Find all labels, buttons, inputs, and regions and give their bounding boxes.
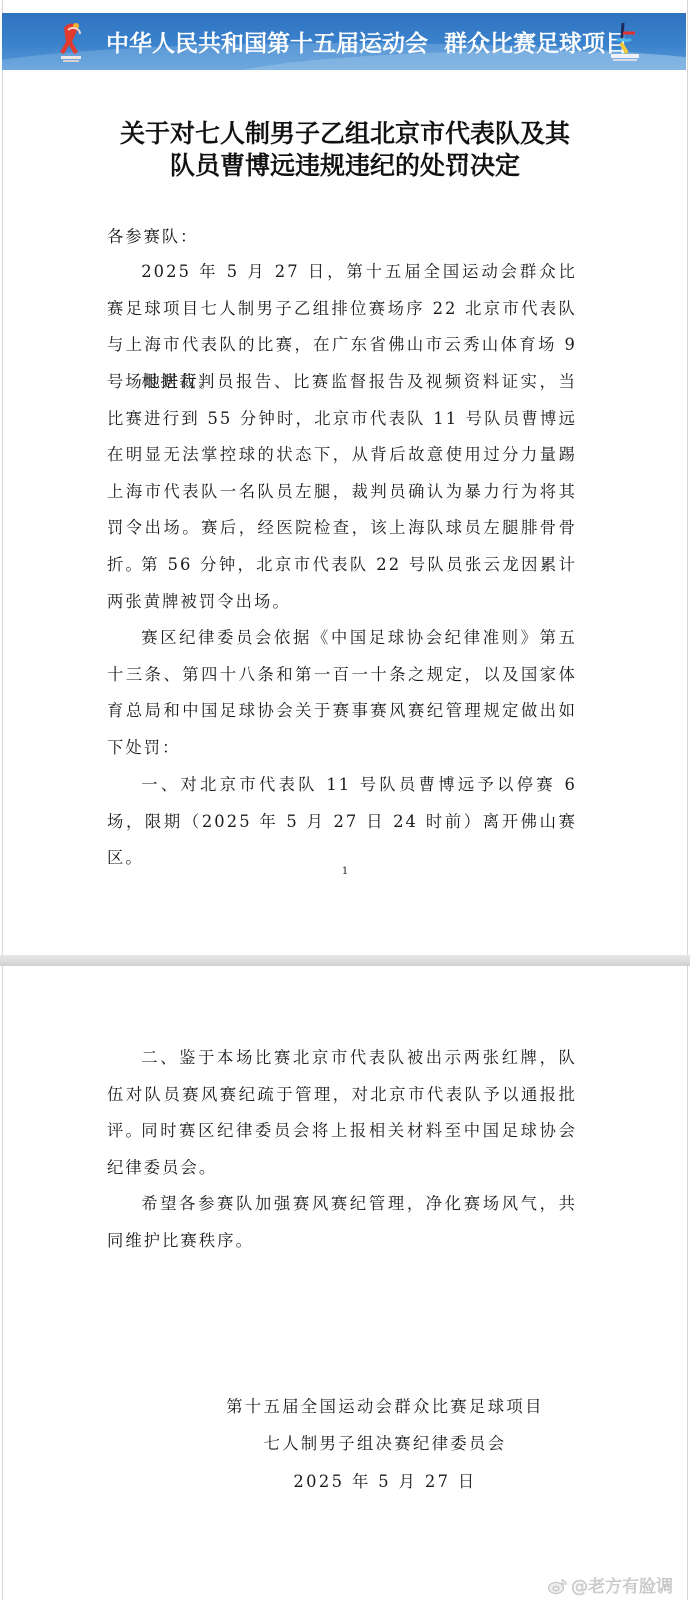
- page-number: 1: [0, 866, 690, 877]
- paragraph-penalty-1: 一、对北京市代表队 11 号队员曹博远予以停赛 6 场，限期（2025 年 5 …: [107, 767, 577, 877]
- paragraph-legal-basis: 赛区纪律委员会依据《中国足球协会纪律准则》第五十三条、第四十八条和第一百一十条之…: [107, 620, 577, 766]
- weibo-icon: [548, 1578, 568, 1594]
- national-games-emblem-icon: [58, 20, 84, 64]
- watermark-text: @老方有脸调: [571, 1577, 673, 1597]
- mass-games-logo-icon: [607, 19, 643, 65]
- signature-org-line-2: 七人制男子组决赛纪律委员会: [0, 1430, 690, 1454]
- page-separator: [0, 955, 690, 966]
- paragraph-report: 同时赛区纪律委员会将上报相关材料至中国足球协会纪律委员会。: [107, 1113, 577, 1186]
- paragraph-closing: 希望各参赛队加强赛风赛纪管理，净化赛场风气，共同维护比赛秩序。: [107, 1186, 577, 1259]
- paragraph-second-red-card: 第 56 分钟，北京市代表队 22 号队员张云龙因累计两张黄牌被罚令出场。: [107, 547, 577, 620]
- event-banner: 中华人民共和国第十五届运动会 群众比赛足球项目: [2, 13, 686, 70]
- banner-title: 中华人民共和国第十五届运动会 群众比赛足球项目: [106, 25, 628, 58]
- document-title-line-2: 队员曹博远违规违纪的处罚决定: [0, 148, 690, 184]
- document-title-line-1: 关于对七人制男子乙组北京市代表队及其: [0, 116, 690, 152]
- weibo-watermark: @老方有脸调: [548, 1572, 673, 1597]
- signature-org-line-1: 第十五届全国运动会群众比赛足球项目: [0, 1393, 690, 1417]
- salutation: 各参赛队：: [107, 223, 198, 247]
- signature-date: 2025 年 5 月 27 日: [0, 1468, 690, 1492]
